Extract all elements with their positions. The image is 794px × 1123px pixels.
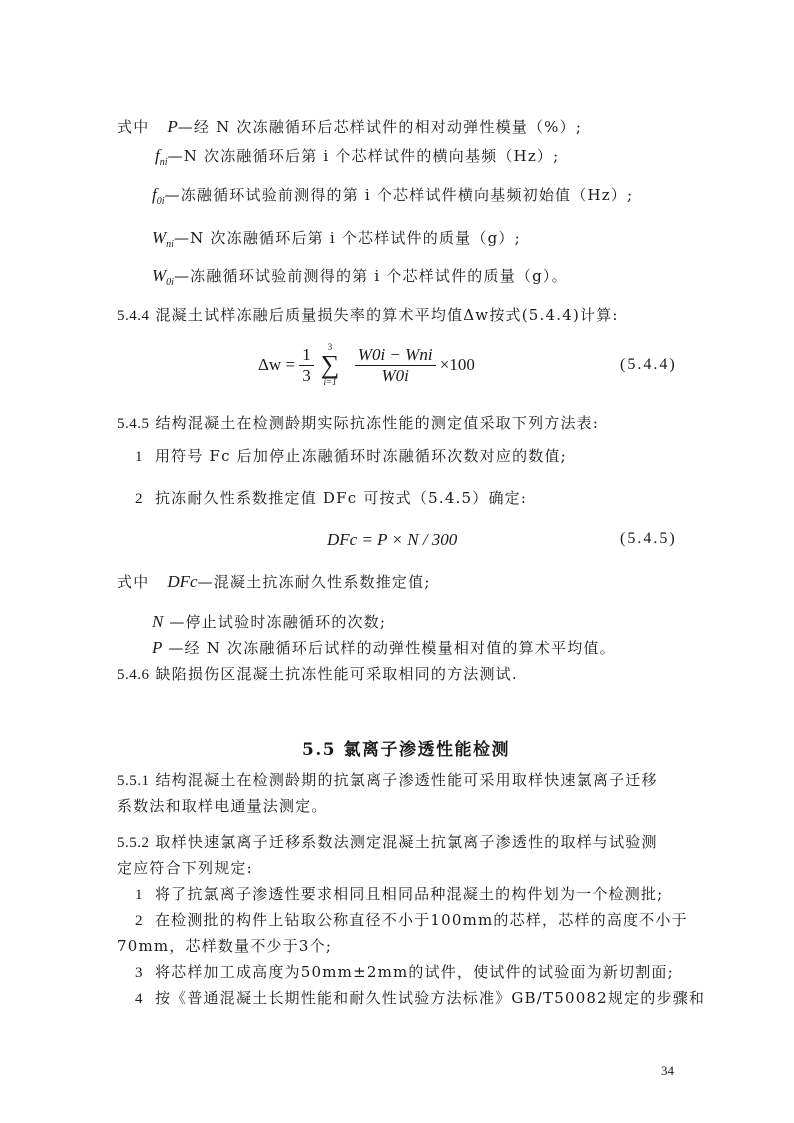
clause-5-4-5: 5.4.5 结构混凝土在检测龄期实际抗冻性能的测定值采取下列方法表: bbox=[117, 413, 599, 434]
equation-number: (5.4.5) bbox=[620, 530, 677, 548]
definition-w0i: W0i—冻融循环试验前测得的第 i 个芯样试件的质量（g）。 bbox=[152, 266, 568, 293]
symbol: P bbox=[152, 638, 162, 657]
formula-5-4-4: Δw = 1 3 3 ∑ i=1 W0i − Wni W0i ×100 bbox=[258, 343, 475, 387]
symbol: DFc bbox=[167, 572, 197, 591]
formula-lhs: Δw = bbox=[258, 355, 295, 374]
list-item: 1 将了抗氯离子渗透性要求相同且相同品种混凝土的构件划为一个检测批; bbox=[135, 884, 663, 905]
list-item: 3 将芯样加工成高度为50mm±2mm的试件，使试件的试验面为新切割面; bbox=[135, 962, 674, 983]
equation-number: (5.4.4) bbox=[620, 356, 677, 374]
definition-text: —经 N 次冻融循环后芯样试件的相对动弹性模量（%）; bbox=[178, 118, 582, 136]
formula-5-4-5: DFc = P × N / 300 bbox=[327, 530, 457, 550]
list-item: 2 在检测批的构件上钻取公称直径不小于100mm的芯样，芯样的高度不小于 bbox=[135, 910, 688, 931]
subscript: 0i bbox=[157, 196, 165, 207]
symbol: N bbox=[152, 612, 163, 631]
clause-5-4-4: 5.4.4 混凝土试样冻融后质量损失率的算术平均值Δw按式(5.4.4)计算: bbox=[117, 305, 619, 326]
definition-text: —冻融循环试验前测得的第 i 个芯样试件的质量（g）。 bbox=[174, 267, 568, 285]
clause-5-5-1-cont: 系数法和取样电通量法测定。 bbox=[117, 796, 328, 816]
list-item: 1 用符号 Fc 后加停止冻融循环时冻融循环次数对应的数值; bbox=[135, 446, 567, 467]
list-item: 4 按《普通混凝土长期性能和耐久性试验方法标准》GB/T50082规定的步骤和 bbox=[135, 988, 705, 1009]
definition-n: N —停止试验时冻融循环的次数; bbox=[152, 612, 386, 632]
definition-wni: Wni—N 次冻融循环后第 i 个芯样试件的质量（g）; bbox=[152, 228, 521, 255]
list-item: 2 抗冻耐久性系数推定值 DFc 可按式（5.4.5）确定: bbox=[135, 488, 527, 509]
page-number: 34 bbox=[661, 1063, 674, 1079]
clause-5-5-2-cont: 定应符合下列规定: bbox=[117, 858, 253, 878]
clause-text: 缺陷损伤区混凝土抗冻性能可采取相同的方法测试. bbox=[155, 665, 517, 683]
definition-p: 式中 P—经 N 次冻融循环后芯样试件的相对动弹性模量（%）; bbox=[117, 117, 582, 137]
definition-lead: 式中 bbox=[117, 118, 149, 136]
clause-text: 结构混凝土在检测龄期实际抗冻性能的测定值采取下列方法表: bbox=[155, 414, 599, 432]
mass-loss-fraction: W0i − Wni W0i bbox=[355, 345, 436, 386]
clause-text: 混凝土试样冻融后质量损失率的算术平均值Δw按式(5.4.4)计算: bbox=[155, 306, 618, 324]
symbol: P bbox=[167, 117, 177, 136]
symbol: W bbox=[152, 228, 166, 247]
coefficient-fraction: 1 3 bbox=[299, 345, 314, 386]
list-item-cont: 70mm，芯样数量不少于3个; bbox=[117, 936, 332, 956]
definition-fni: fni—N 次冻融循环后第 i 个芯样试件的横向基频（Hz）; bbox=[155, 146, 559, 173]
clause-number: 5.5.1 bbox=[117, 773, 150, 789]
definition-text: —N 次冻融循环后第 i 个芯样试件的质量（g）; bbox=[174, 229, 521, 247]
definition-text: —冻融循环试验前测得的第 i 个芯样试件横向基频初始值（Hz）; bbox=[165, 186, 634, 204]
symbol: W bbox=[152, 266, 166, 285]
summation-symbol: 3 ∑ i=1 bbox=[318, 343, 342, 387]
subscript: 0i bbox=[166, 277, 174, 288]
definition-p-avg: P —经 N 次冻融循环后试样的动弹性模量相对值的算术平均值。 bbox=[152, 638, 616, 658]
subscript: ni bbox=[166, 239, 174, 250]
clause-number: 5.4.6 bbox=[117, 667, 150, 683]
clause-5-5-2: 5.5.2 取样快速氯离子迁移系数法测定混凝土抗氯离子渗透性的取样与试验测 bbox=[117, 832, 658, 853]
formula-multiplier: ×100 bbox=[440, 355, 475, 374]
clause-number: 5.4.4 bbox=[117, 308, 150, 324]
clause-5-5-1: 5.5.1 结构混凝土在检测龄期的抗氯离子渗透性能可采用取样快速氯离子迁移 bbox=[117, 770, 658, 791]
section-heading: 5.5 氯离子渗透性能检测 bbox=[302, 735, 510, 760]
clause-5-4-6: 5.4.6 缺陷损伤区混凝土抗冻性能可采取相同的方法测试. bbox=[117, 664, 518, 685]
definition-text: —N 次冻融循环后第 i 个芯样试件的横向基频（Hz）; bbox=[168, 147, 560, 165]
clause-number: 5.5.2 bbox=[117, 835, 150, 851]
subscript: ni bbox=[160, 157, 168, 168]
definition-f0i: f0i—冻融循环试验前测得的第 i 个芯样试件横向基频初始值（Hz）; bbox=[152, 185, 633, 212]
definition-dfc: 式中 DFc—混凝土抗冻耐久性系数推定值; bbox=[117, 572, 431, 592]
clause-number: 5.4.5 bbox=[117, 416, 150, 432]
